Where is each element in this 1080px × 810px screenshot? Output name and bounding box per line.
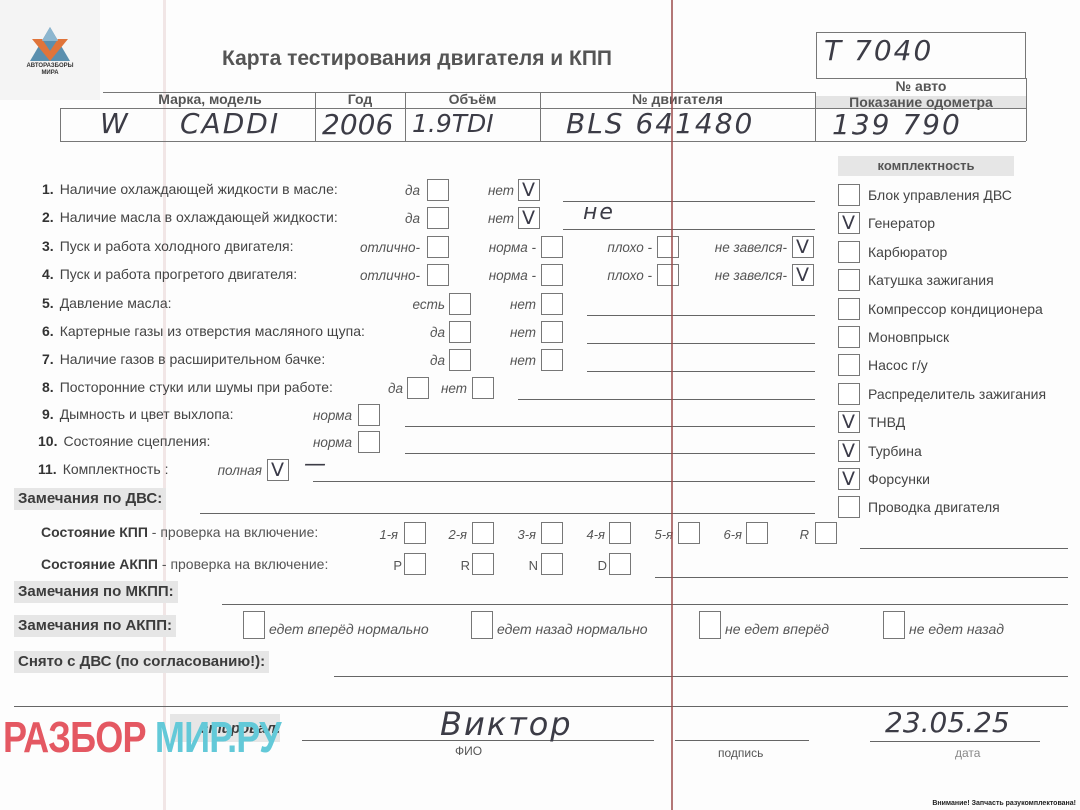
kpp-gear-checkbox-6-я[interactable] <box>746 522 768 544</box>
completeness-checkbox-3[interactable] <box>838 241 860 263</box>
option-label: норма <box>313 408 352 423</box>
checkbox-q5-1[interactable] <box>449 293 471 315</box>
akpp-remark-checkbox-1[interactable] <box>243 611 265 639</box>
volume-value: 1.9TDI <box>412 109 494 138</box>
mkpp-remarks-field[interactable] <box>222 604 1068 605</box>
note-field-q2[interactable] <box>563 229 815 230</box>
volume-label: Объём <box>405 91 540 107</box>
checkbox-q10-1[interactable] <box>358 431 380 453</box>
option-label: да <box>388 381 403 396</box>
option-label: нет <box>488 183 514 198</box>
logo: АВТОРАЗБОРЫ МИРА <box>0 0 100 100</box>
fio-label: ФИО <box>455 744 482 758</box>
checkbox-q7-2[interactable] <box>541 349 563 371</box>
completeness-checkbox-5[interactable] <box>838 298 860 320</box>
checkbox-q4-2[interactable] <box>541 264 563 286</box>
kpp-gear-label: 2-я <box>448 527 467 542</box>
date-field[interactable] <box>870 741 1040 742</box>
completeness-item-label: Карбюратор <box>868 244 947 260</box>
completeness-item-label: ТНВД <box>868 414 905 430</box>
option-label: норма - <box>489 268 536 283</box>
removed-field[interactable] <box>334 676 1068 677</box>
akpp-remark-option-label: едет назад нормально <box>497 621 648 637</box>
completeness-item-label: Распределитель зажигания <box>868 386 1046 402</box>
make-value: W <box>100 107 130 140</box>
option-label: отлично- <box>360 240 420 255</box>
checkbox-q4-3[interactable] <box>657 264 679 286</box>
option-label: есть <box>413 297 445 312</box>
kpp-gear-label: 1-я <box>379 527 398 542</box>
kpp-state-label: Состояние КПП - проверка на включение: <box>41 524 318 540</box>
removed-label: Снято с ДВС (по согласованию!): <box>14 651 269 673</box>
completeness-checkbox-2[interactable] <box>838 212 860 234</box>
note-field-q7[interactable] <box>587 371 815 372</box>
completeness-checkbox-6[interactable] <box>838 326 860 348</box>
checkbox-q8-1[interactable] <box>407 377 429 399</box>
car-number-value: Т 7040 <box>824 34 933 67</box>
handwritten-note-q11: — <box>304 452 328 477</box>
checkbox-q1-1[interactable] <box>427 179 449 201</box>
akpp-gear-checkbox-P[interactable] <box>404 553 426 575</box>
checkbox-q8-2[interactable] <box>472 377 494 399</box>
akpp-gear-label: P <box>393 558 402 573</box>
checkbox-q7-1[interactable] <box>449 349 471 371</box>
akpp-state-label: Состояние АКПП - проверка на включение: <box>41 556 328 572</box>
paper-fold-line <box>671 0 673 810</box>
akpp-gear-checkbox-N[interactable] <box>541 553 563 575</box>
note-field-q8[interactable] <box>518 399 815 400</box>
question-9: 9.Дымность и цвет выхлопа: <box>42 406 233 422</box>
question-10: 10.Состояние сцепления: <box>38 433 210 449</box>
signature-field[interactable] <box>675 740 809 741</box>
option-label: отлично- <box>360 268 420 283</box>
completeness-item-label: Моновпрыск <box>868 329 949 345</box>
completeness-item-label: Генератор <box>868 215 935 231</box>
option-label: нет <box>488 211 514 226</box>
triangle-logo-icon <box>28 25 72 63</box>
option-label: норма <box>313 435 352 450</box>
checkbox-q5-2[interactable] <box>541 293 563 315</box>
checkbox-q3-1[interactable] <box>427 236 449 258</box>
note-field-q9[interactable] <box>405 426 815 427</box>
completeness-item-label: Турбина <box>868 443 922 459</box>
checkbox-q3-2[interactable] <box>541 236 563 258</box>
checkbox-q3-4[interactable] <box>792 236 814 258</box>
option-label: нет <box>441 381 467 396</box>
kpp-gear-label: 4-я <box>586 527 605 542</box>
option-label: нет <box>510 325 536 340</box>
kpp-gear-checkbox-R[interactable] <box>815 522 837 544</box>
completeness-item-label: Насос г/у <box>868 357 928 373</box>
akpp-remark-option-label: едет вперёд нормально <box>269 621 429 637</box>
completeness-title: комплектность <box>838 158 1014 173</box>
completeness-checkbox-11[interactable] <box>838 468 860 490</box>
car-number-label: № авто <box>816 78 1026 94</box>
checkbox-q2-1[interactable] <box>427 207 449 229</box>
checkbox-q6-1[interactable] <box>449 321 471 343</box>
completeness-checkbox-4[interactable] <box>838 269 860 291</box>
question-3: 3.Пуск и работа холодного двигателя: <box>42 238 294 254</box>
completeness-checkbox-8[interactable] <box>838 383 860 405</box>
engine-number-label: № двигателя <box>540 91 815 107</box>
akpp-notes-field[interactable] <box>655 577 1068 578</box>
option-label: да <box>430 353 445 368</box>
checkbox-q11-1[interactable] <box>267 459 289 481</box>
make-model-label: Марка, модель <box>105 91 315 107</box>
akpp-gear-checkbox-D[interactable] <box>609 553 631 575</box>
akpp-remark-option-label: не едет назад <box>909 621 1004 637</box>
kpp-gear-label: 3-я <box>517 527 536 542</box>
checkbox-q4-4[interactable] <box>792 264 814 286</box>
warning-text: Внимание! Запчасть разукомплектована! <box>932 800 1076 807</box>
note-field-q11[interactable] <box>313 481 815 482</box>
checkbox-q6-2[interactable] <box>541 321 563 343</box>
kpp-gear-checkbox-4-я[interactable] <box>609 522 631 544</box>
handwritten-note-q2: не <box>583 200 615 225</box>
completeness-item-label: Блок управления ДВС <box>868 187 1012 203</box>
kpp-gear-checkbox-1-я[interactable] <box>404 522 426 544</box>
akpp-remark-checkbox-4[interactable] <box>883 611 905 639</box>
tester-name-value: Виктор <box>440 705 573 743</box>
completeness-checkbox-1[interactable] <box>838 184 860 206</box>
question-4: 4.Пуск и работа прогретого двигателя: <box>42 266 297 282</box>
checkbox-q1-2[interactable] <box>518 179 540 201</box>
year-label: Год <box>315 91 405 107</box>
akpp-gear-label: N <box>529 558 538 573</box>
kpp-gear-label: R <box>800 527 809 542</box>
checkbox-q3-3[interactable] <box>657 236 679 258</box>
page-title: Карта тестирования двигателя и КПП <box>222 47 612 71</box>
checkbox-q9-1[interactable] <box>358 404 380 426</box>
date-label: дата <box>955 746 980 760</box>
option-label: плохо - <box>607 268 652 283</box>
question-5: 5.Давление масла: <box>42 295 172 311</box>
question-8: 8.Посторонние стуки или шумы при работе: <box>42 379 333 395</box>
option-label: да <box>405 183 420 198</box>
model-value: CADDI <box>180 107 280 140</box>
completeness-item-label: Катушка зажигания <box>868 272 994 288</box>
watermark: РАЗБОР МИР.РУ <box>3 713 281 763</box>
completeness-checkbox-10[interactable] <box>838 440 860 462</box>
kpp-gear-checkbox-2-я[interactable] <box>472 522 494 544</box>
kpp-notes-field[interactable] <box>860 548 1068 549</box>
akpp-gear-label: D <box>598 558 607 573</box>
paper-fold-left <box>163 0 166 810</box>
option-label: не завелся- <box>715 240 787 255</box>
question-2: 2.Наличие масла в охлаждающей жидкости: <box>42 209 338 225</box>
dvs-remarks-label: Замечания по ДВС: <box>14 488 166 510</box>
option-label: полная <box>218 463 262 478</box>
logo-text: АВТОРАЗБОРЫ МИРА <box>22 63 78 77</box>
question-7: 7.Наличие газов в расширительном бачке: <box>42 351 325 367</box>
option-label: да <box>430 325 445 340</box>
engine-number-value: BLS 641480 <box>566 107 754 140</box>
kpp-gear-label: 6-я <box>723 527 742 542</box>
note-field-q6[interactable] <box>587 343 815 344</box>
question-6: 6.Картерные газы из отверстия масляного … <box>42 323 365 339</box>
option-label: да <box>405 211 420 226</box>
akpp-gear-label: R <box>461 558 470 573</box>
question-1: 1.Наличие охлаждающей жидкости в масле: <box>42 181 338 197</box>
question-11: 11.Комплектность : <box>38 461 169 477</box>
kpp-gear-checkbox-3-я[interactable] <box>541 522 563 544</box>
year-value: 2006 <box>322 108 393 141</box>
completeness-item-label: Компрессор кондиционера <box>868 301 1043 317</box>
completeness-item-label: Форсунки <box>868 471 930 487</box>
odometer-value: 139 790 <box>832 108 962 141</box>
note-field-q5[interactable] <box>587 315 815 316</box>
akpp-gear-checkbox-R[interactable] <box>472 553 494 575</box>
completeness-checkbox-7[interactable] <box>838 354 860 376</box>
akpp-remark-checkbox-3[interactable] <box>699 611 721 639</box>
akpp-remarks-label: Замечания по АКПП: <box>14 615 176 637</box>
completeness-checkbox-9[interactable] <box>838 411 860 433</box>
signature-label: подпись <box>718 746 763 760</box>
option-label: не завелся- <box>715 268 787 283</box>
akpp-remark-checkbox-2[interactable] <box>471 611 493 639</box>
completeness-checkbox-12[interactable] <box>838 496 860 518</box>
dvs-remarks-field[interactable] <box>200 513 815 514</box>
date-value: 23.05.25 <box>885 706 1010 739</box>
option-label: норма - <box>489 240 536 255</box>
option-label: плохо - <box>607 240 652 255</box>
mkpp-remarks-label: Замечания по МКПП: <box>14 581 178 603</box>
completeness-item-label: Проводка двигателя <box>868 499 1000 515</box>
akpp-remark-option-label: не едет вперёд <box>725 621 829 637</box>
checkbox-q2-2[interactable] <box>518 207 540 229</box>
checkbox-q4-1[interactable] <box>427 264 449 286</box>
option-label: нет <box>510 353 536 368</box>
note-field-q10[interactable] <box>405 453 815 454</box>
kpp-gear-checkbox-5-я[interactable] <box>678 522 700 544</box>
option-label: нет <box>510 297 536 312</box>
